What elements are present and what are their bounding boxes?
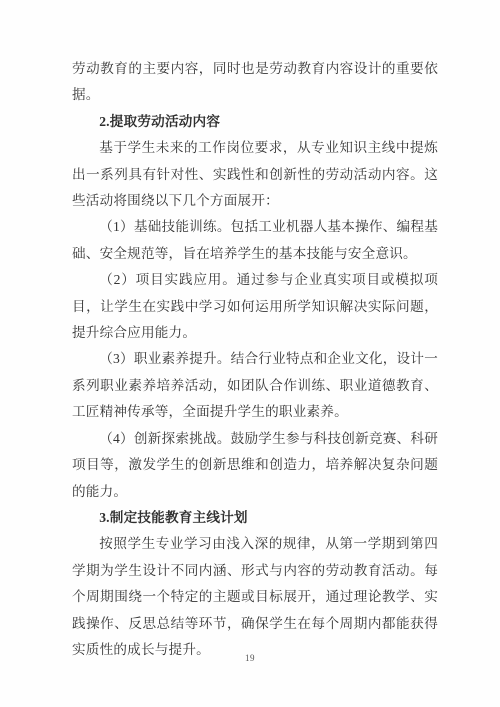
section-heading-3: 3.制定技能教育主线计划 <box>72 505 438 531</box>
section-heading-2: 2.提取劳动活动内容 <box>72 109 438 135</box>
list-item-1: （1）基础技能训练。包括工业机器人基本操作、编程基础、安全规范等，旨在培养学生的… <box>72 214 438 267</box>
section-2-intro-paragraph: 基于学生未来的工作岗位要求，从专业知识主线中提炼出一系列具有针对性、实践性和创新… <box>72 135 438 214</box>
page-content: 劳动教育的主要内容，同时也是劳动教育内容设计的重要依据。 2.提取劳动活动内容 … <box>72 56 438 663</box>
list-item-3: （3）职业素养提升。结合行业特点和企业文化，设计一系列职业素养培养活动，如团队合… <box>72 346 438 425</box>
document-page: 劳动教育的主要内容，同时也是劳动教育内容设计的重要依据。 2.提取劳动活动内容 … <box>0 0 500 707</box>
paragraph-continuation: 劳动教育的主要内容，同时也是劳动教育内容设计的重要依据。 <box>72 56 438 109</box>
list-item-4: （4）创新探索挑战。鼓励学生参与科技创新竞赛、科研项目等，激发学生的创新思维和创… <box>72 426 438 505</box>
page-number: 19 <box>0 653 500 663</box>
section-3-paragraph: 按照学生专业学习由浅入深的规律，从第一学期到第四学期为学生设计不同内涵、形式与内… <box>72 531 438 663</box>
list-item-2: （2）项目实践应用。通过参与企业真实项目或模拟项目，让学生在实践中学习如何运用所… <box>72 267 438 346</box>
